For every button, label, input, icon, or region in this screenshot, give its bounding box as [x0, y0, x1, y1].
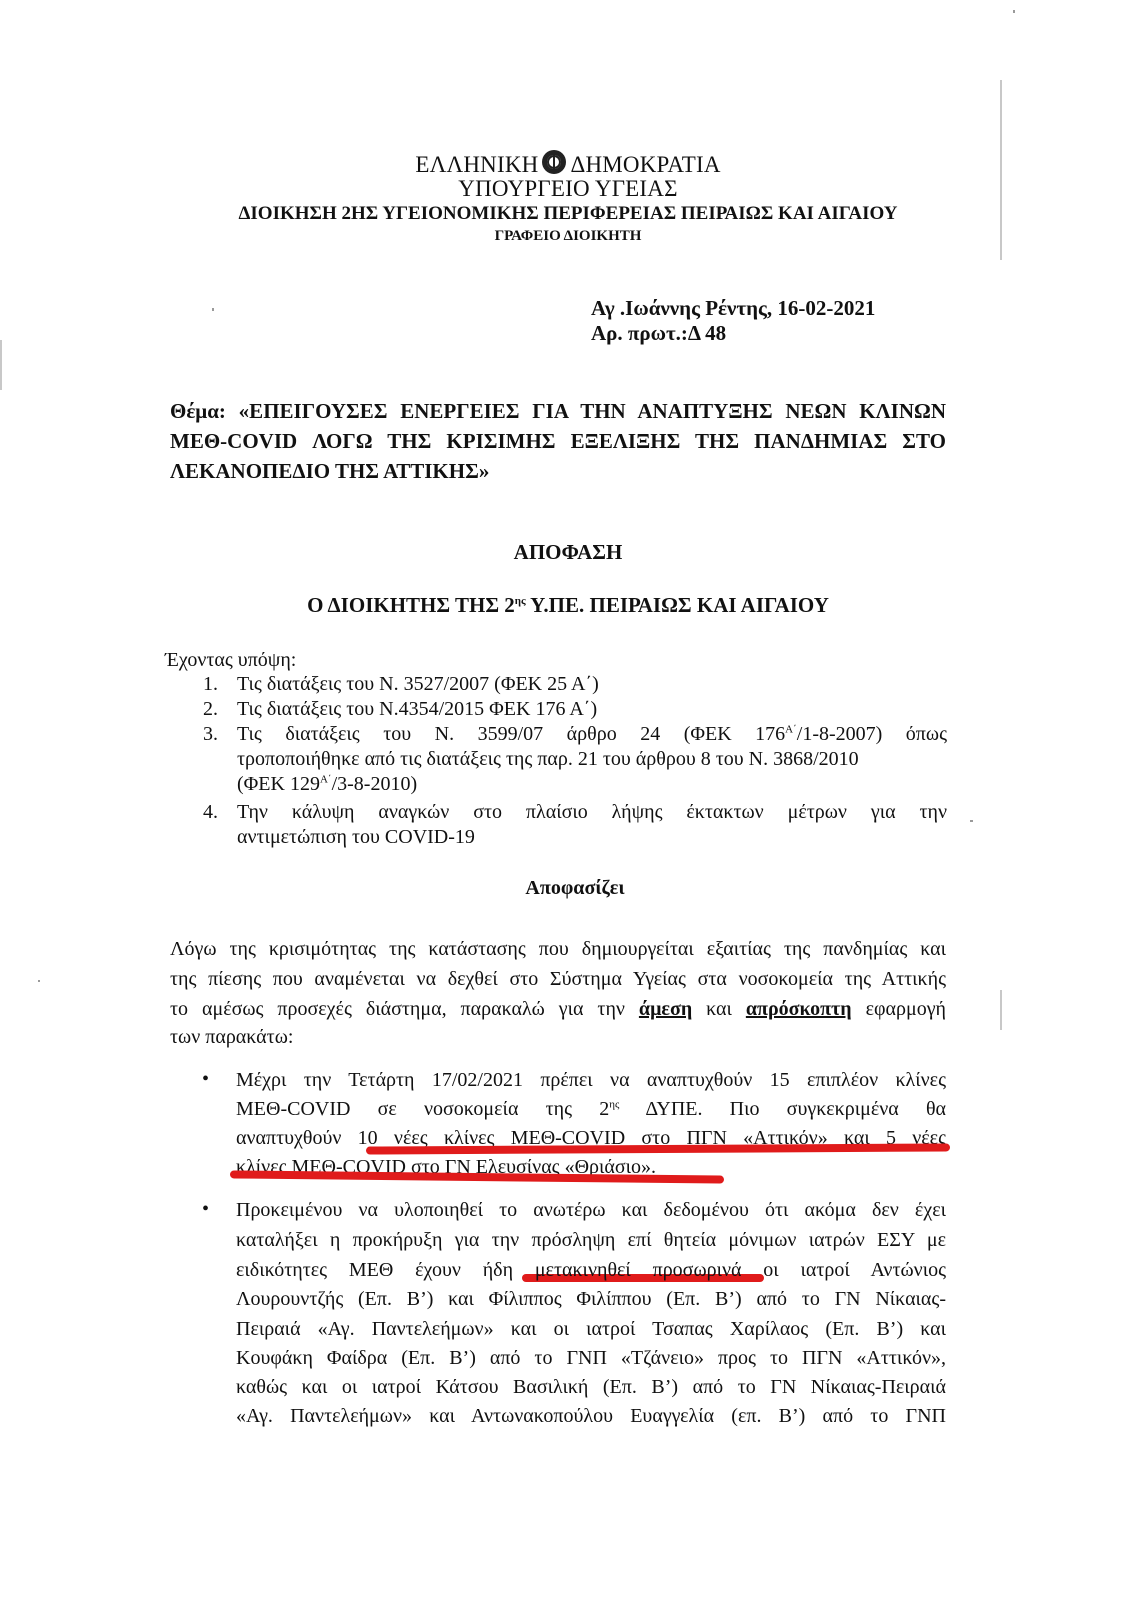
decides-para-line-4: των παρακάτω: [170, 1025, 293, 1050]
administration-heading: ΔΙΟΙΚΗΣΗ 2ΗΣ ΥΓΕΙΟΝΟΜΙΚΗΣ ΠΕΡΙΦΕΡΕΙΑΣ ΠΕ… [0, 203, 1136, 225]
bullet-1-line-1: Μέχρι την Τετάρτη 17/02/2021 πρέπει να α… [236, 1068, 946, 1093]
considering-item-3-line-3: (ΦΕΚ 129Α΄/3-8-2010) [237, 772, 417, 797]
considering-item-number: 3. [203, 722, 218, 747]
bullet-2-line-6: Κουφάκη Φαίδρα (Επ. Β’) από το ΓΝΠ «Τζάν… [236, 1346, 946, 1371]
office-heading: ΓΡΑΦΕΙΟ ΔΙΟΙΚΗΤΗ [0, 228, 1136, 245]
scan-edge-line [1000, 990, 1002, 1030]
considering-item-4-line-1: Την κάλυψη αναγκών στο πλαίσιο λήψης έκτ… [237, 800, 947, 825]
bullet-2-line-5: Πειραιά «Αγ. Παντελεήμων» και οι ιατροί … [236, 1317, 946, 1342]
director-heading: Ο ΔΙΟΙΚΗΤΗΣ ΤΗΣ 2ης Υ.ΠΕ. ΠΕΙΡΑΙΩΣ ΚΑΙ Α… [0, 593, 1136, 618]
considering-item-number: 2. [203, 697, 218, 722]
bullet-1-line-2: ΜΕΘ-COVID σε νοσοκομεία της 2ης ΔΥΠΕ. Πι… [236, 1097, 946, 1122]
bullet-2-line-4: Λουρουντζής (Επ. Β’) και Φίλιππος Φιλίππ… [236, 1287, 946, 1312]
subject-line-1: Θέμα: «ΕΠΕΙΓΟΥΣΕΣ ΕΝΕΡΓΕΙΕΣ ΓΙΑ ΤΗΝ ΑΝΑΠ… [170, 396, 946, 426]
ministry-heading: ΥΠΟΥΡΓΕΙΟ ΥΓΕΙΑΣ [0, 176, 1136, 202]
bullet-dot: • [202, 1198, 209, 1221]
considering-item-1: Τις διατάξεις του Ν. 3527/2007 (ΦΕΚ 25 Α… [237, 672, 599, 697]
scan-edge-line [0, 340, 2, 390]
decision-title: ΑΠΟΦΑΣΗ [0, 540, 1136, 565]
decides-para-line-1: Λόγω της κρισιμότητας της κατάστασης που… [170, 937, 946, 962]
republic-right: ΔΗΜΟΚΡΑΤΙΑ [570, 152, 720, 177]
considering-item-4-line-2: αντιμετώπιση του COVID-19 [237, 825, 475, 850]
scan-speck [38, 980, 40, 982]
place-date: Αγ .Ιωάννης Ρέντης, 16-02-2021 [591, 296, 875, 321]
bullet-2-line-3: ειδικότητες ΜΕΘ έχουν ήδη μετακινηθεί πρ… [236, 1258, 946, 1283]
subject-line-2: ΜΕΘ-COVID ΛΟΓΩ ΤΗΣ ΚΡΙΣΙΜΗΣ ΕΞΕΛΙΞΗΣ ΤΗΣ… [170, 426, 946, 456]
considering-item-2: Τις διατάξεις του Ν.4354/2015 ΦΕΚ 176 Α΄… [237, 697, 597, 722]
scan-speck [970, 820, 973, 822]
red-underline-annotation [366, 1143, 950, 1154]
subject-line-3: ΛΕΚΑΝΟΠΕΔΙΟ ΤΗΣ ΑΤΤΙΚΗΣ» [170, 456, 489, 486]
bullet-2-line-1: Προκειμένου να υλοποιηθεί το ανωτέρω και… [236, 1198, 946, 1223]
emphasis-immediate: άμεση [639, 998, 692, 1020]
considering-intro: Έχοντας υπόψη: [165, 648, 296, 673]
scan-speck [1013, 10, 1015, 13]
decides-para-line-3: το αμέσως προσεχές διάστημα, παρακαλώ γι… [170, 997, 946, 1022]
emphasis-unhindered: απρόσκοπτη [746, 998, 852, 1020]
considering-item-number: 1. [203, 672, 218, 697]
bullet-2-line-2: καταλήξει η προκήρυξη για την πρόσληψη ε… [236, 1228, 946, 1253]
decides-title: Αποφασίζει [0, 876, 1136, 901]
considering-item-3-line-2: τροποποιήθηκε από τις διατάξεις της παρ.… [237, 747, 859, 772]
considering-item-number: 4. [203, 800, 218, 825]
bullet-2-line-7: καθώς και οι ιατροί Κάτσου Βασιλική (Επ.… [236, 1375, 946, 1400]
protocol-number: Αρ. πρωτ.:Δ 48 [591, 321, 726, 346]
bullet-dot: • [202, 1068, 209, 1091]
decides-para-line-2: της πίεσης που αναμένεται να δεχθεί στο … [170, 967, 946, 992]
considering-item-3-line-1: Τις διατάξεις του Ν. 3599/07 άρθρο 24 (Φ… [237, 722, 947, 747]
bullet-2-line-8: «Αγ. Παντελεήμων» και Αντωνακοπούλου Ευα… [236, 1404, 946, 1429]
scan-speck [212, 308, 214, 311]
republic-heading: ΕΛΛΗΝΙΚΗΔΗΜΟΚΡΑΤΙΑ [0, 150, 1136, 178]
republic-left: ΕΛΛΗΝΙΚΗ [415, 152, 538, 177]
greek-coat-of-arms-icon [542, 150, 566, 174]
scanned-document-page: ΕΛΛΗΝΙΚΗΔΗΜΟΚΡΑΤΙΑ ΥΠΟΥΡΓΕΙΟ ΥΓΕΙΑΣ ΔΙΟΙ… [0, 0, 1136, 1598]
